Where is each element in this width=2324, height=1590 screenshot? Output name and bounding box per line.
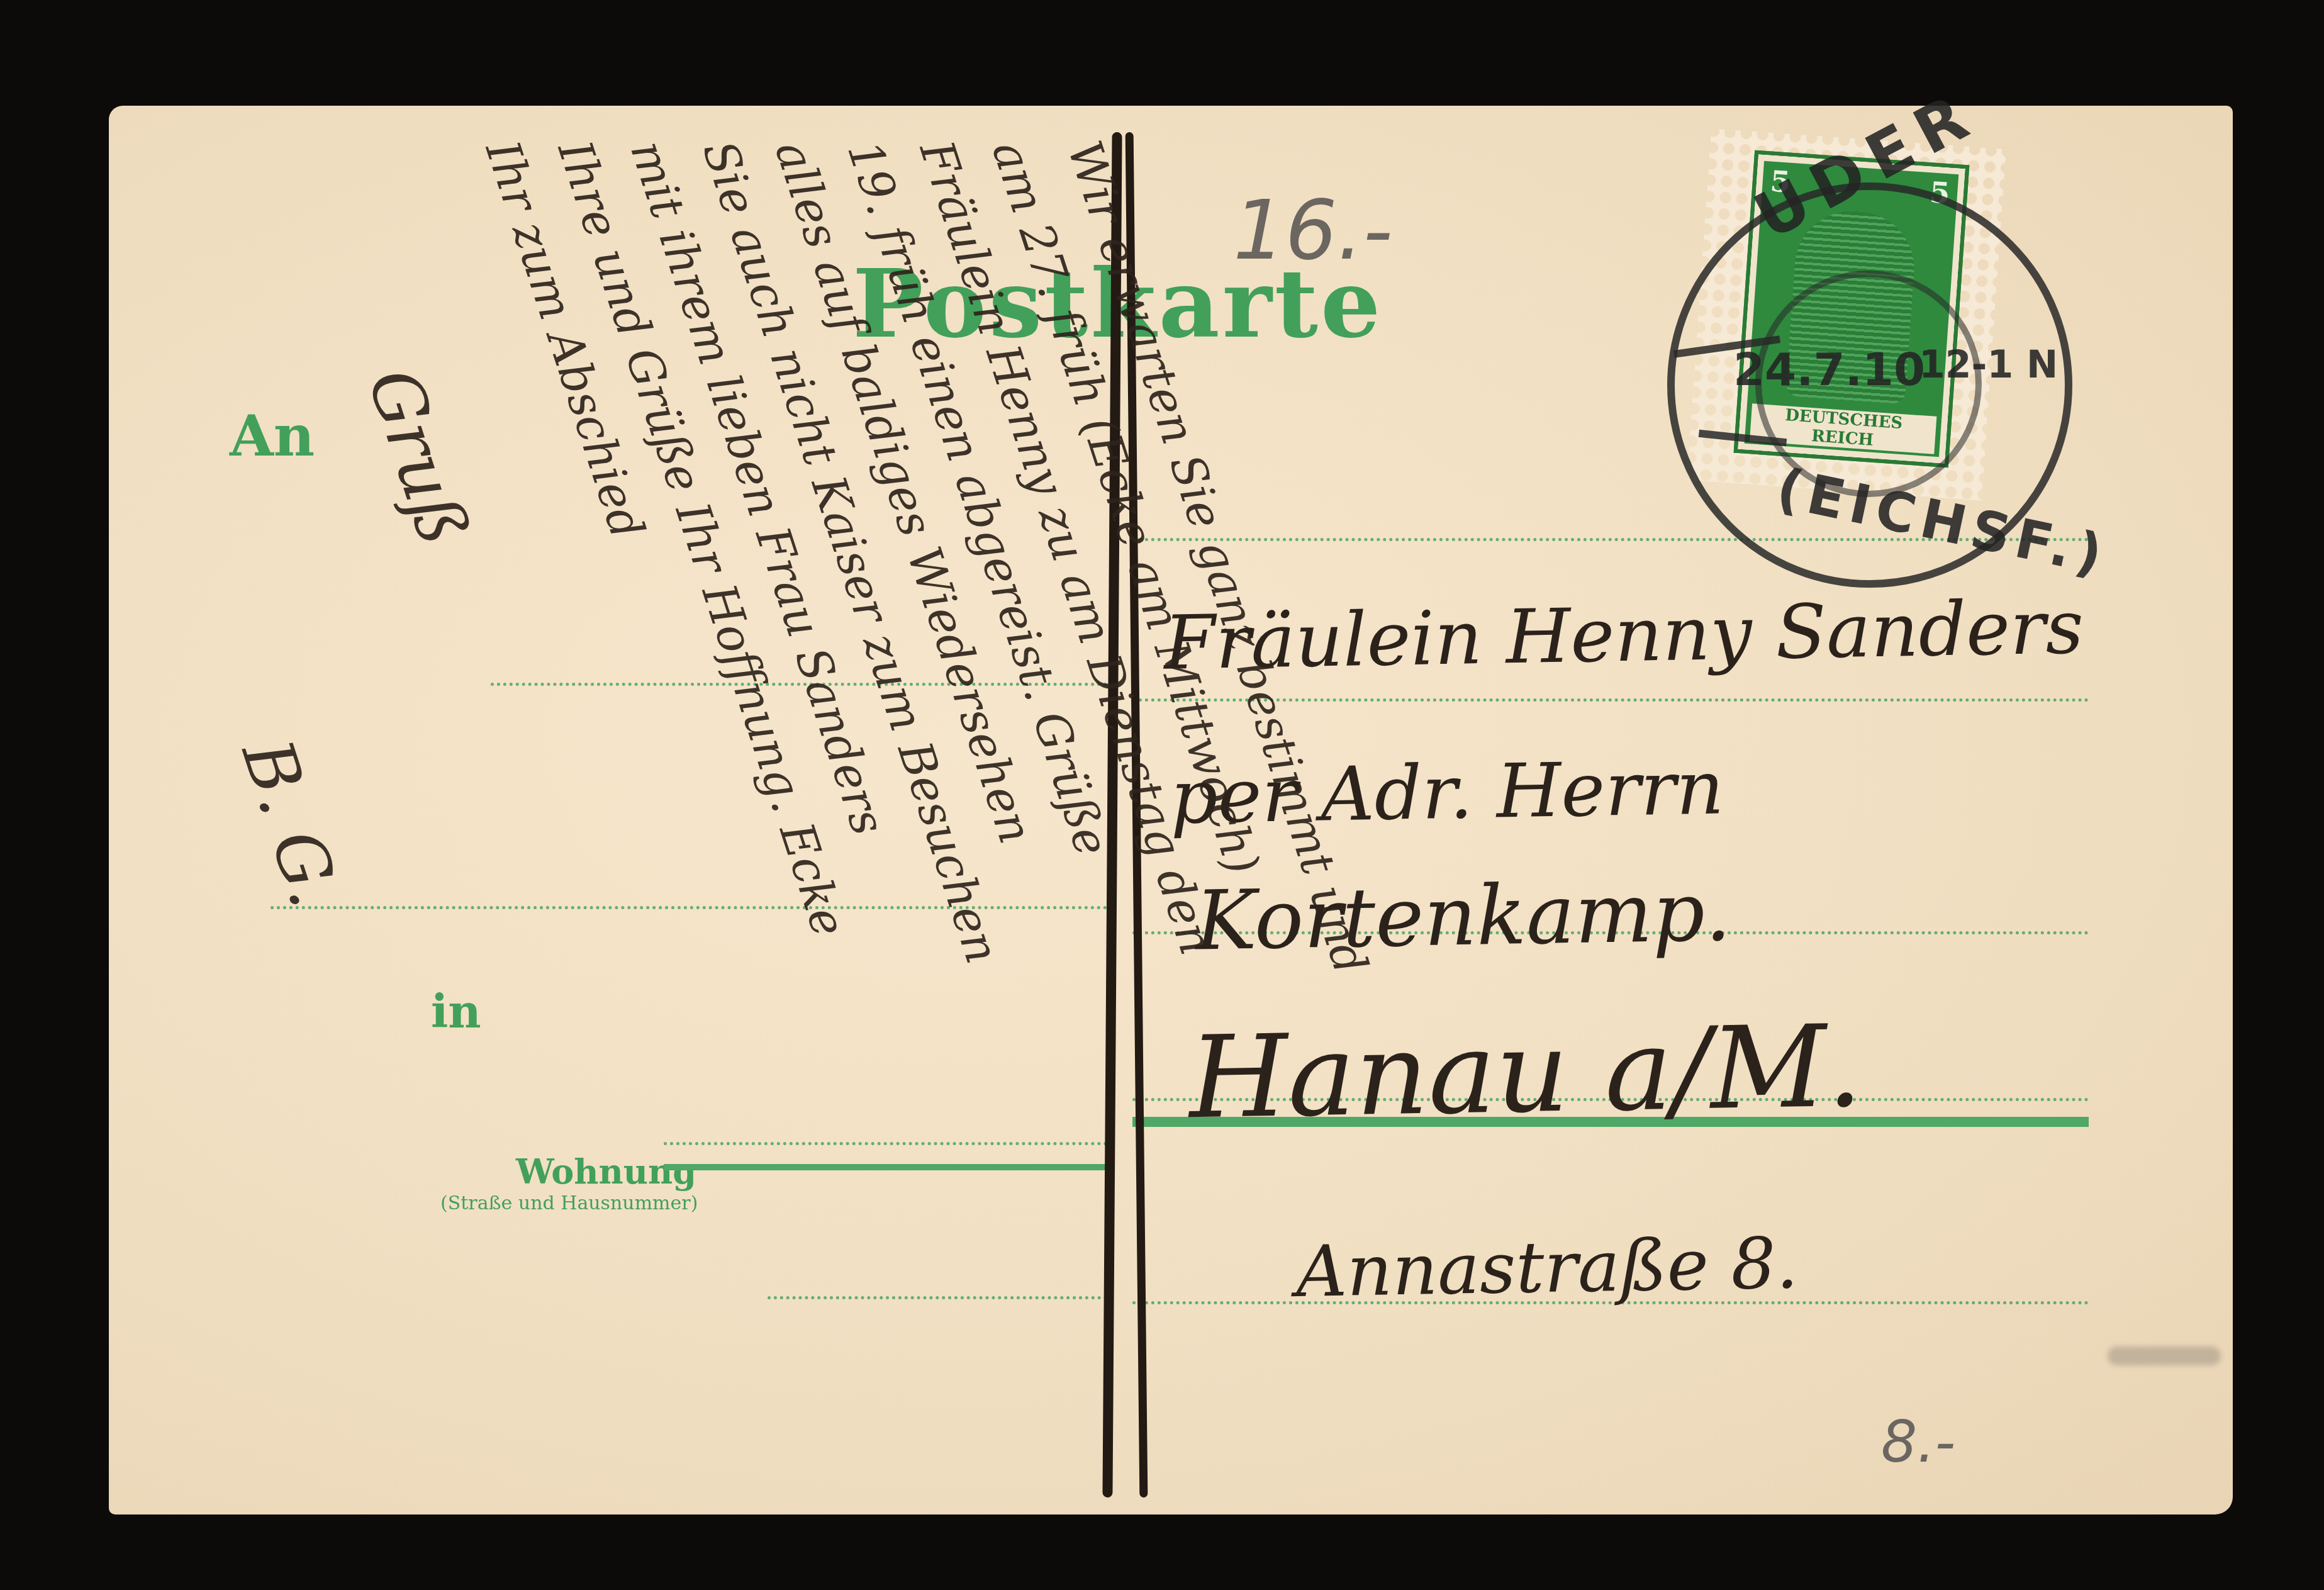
address-line-3: Kortenkamp. bbox=[1195, 864, 1732, 969]
label-wohnung: Wohnung bbox=[516, 1151, 696, 1192]
address-line-5: Annastraße 8. bbox=[1295, 1223, 1799, 1313]
pencil-price-bottom: 8.- bbox=[1881, 1409, 1955, 1475]
ink-smudge bbox=[2108, 1346, 2221, 1365]
label-wohnung-sub: (Straße und Hausnummer) bbox=[440, 1192, 698, 1214]
postmark-time: 12-1 N bbox=[1919, 343, 2058, 387]
dotted-line bbox=[664, 1142, 1114, 1145]
label-in: in bbox=[431, 985, 481, 1038]
address-line-1: Fräulein Henny Sanders bbox=[1163, 583, 2084, 686]
postmark-date: 24.7.10 bbox=[1733, 343, 1925, 396]
address-line-4: Hanau a/M. bbox=[1188, 1001, 1863, 1145]
pencil-price-top: 16.- bbox=[1233, 182, 1393, 278]
dotted-line bbox=[768, 1296, 1114, 1299]
label-an: An bbox=[230, 403, 315, 469]
solid-line bbox=[664, 1164, 1114, 1170]
